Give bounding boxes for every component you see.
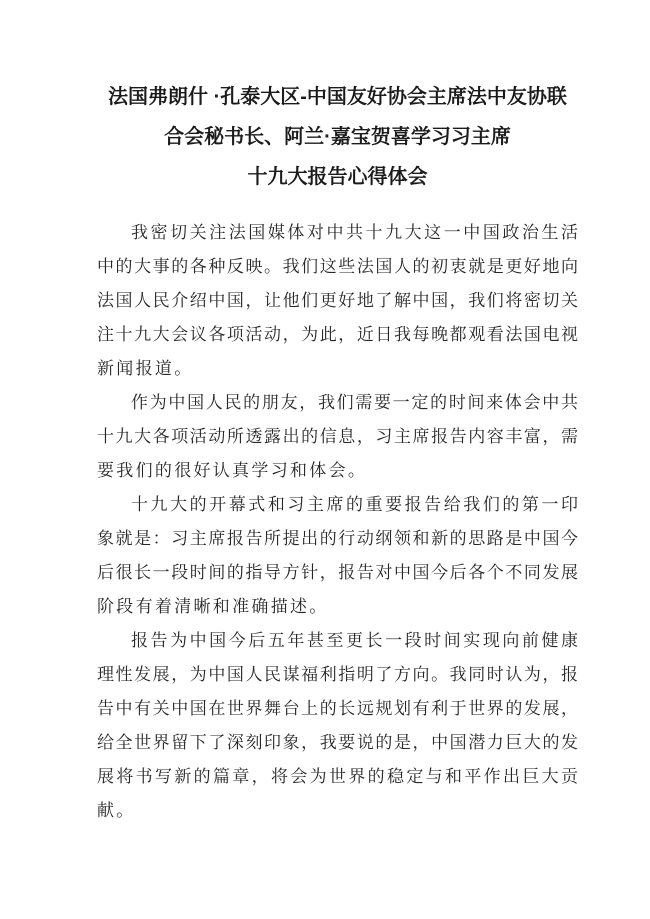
body-line: 给全世界留下了深刻印象，我要说的是，中国潜力巨大的发 (97, 726, 578, 760)
body-line: 中的大事的各种反映。我们这些法国人的初衷就是更好地向 (97, 250, 578, 284)
body-line: 新闻报道。 (97, 352, 578, 386)
document-page: 法国弗朗什 ·孔泰大区-中国友好协会主席法中友协联合会秘书长、阿兰·嘉宝贺喜学习… (0, 0, 650, 919)
paragraph: 我密切关注法国媒体对中共十九大这一中国政治生活中的大事的各种反映。我们这些法国人… (97, 216, 578, 386)
body-line: 象就是：习主席报告所提出的行动纲领和新的思路是中国今 (97, 522, 578, 556)
title-line: 合会秘书长、阿兰·嘉宝贺喜学习习主席 (97, 117, 578, 157)
body-line: 告中有关中国在世界舞台上的长远规划有利于世界的发展， (97, 692, 578, 726)
document-content: 法国弗朗什 ·孔泰大区-中国友好协会主席法中友协联合会秘书长、阿兰·嘉宝贺喜学习… (97, 77, 578, 828)
body-line: 献。 (97, 794, 578, 828)
body-line: 展将书写新的篇章，将会为世界的稳定与和平作出巨大贡 (97, 760, 578, 794)
document-title: 法国弗朗什 ·孔泰大区-中国友好协会主席法中友协联合会秘书长、阿兰·嘉宝贺喜学习… (97, 77, 578, 197)
body-line: 十九大各项活动所透露出的信息，习主席报告内容丰富，需 (97, 420, 578, 454)
body-line: 注十九大会议各项活动，为此，近日我每晚都观看法国电视 (97, 318, 578, 352)
body-line: 要我们的很好认真学习和体会。 (97, 454, 578, 488)
paragraph: 十九大的开幕式和习主席的重要报告给我们的第一印象就是：习主席报告所提出的行动纲领… (97, 488, 578, 624)
document-body: 我密切关注法国媒体对中共十九大这一中国政治生活中的大事的各种反映。我们这些法国人… (97, 216, 578, 828)
body-line: 法国人民介绍中国，让他们更好地了解中国，我们将密切关 (97, 284, 578, 318)
paragraph: 作为中国人民的朋友，我们需要一定的时间来体会中共十九大各项活动所透露出的信息，习… (97, 386, 578, 488)
body-line: 我密切关注法国媒体对中共十九大这一中国政治生活 (97, 216, 578, 250)
body-line: 十九大的开幕式和习主席的重要报告给我们的第一印 (97, 488, 578, 522)
body-line: 后很长一段时间的指导方针，报告对中国今后各个不同发展 (97, 556, 578, 590)
body-line: 报告为中国今后五年甚至更长一段时间实现向前健康 (97, 624, 578, 658)
title-line: 十九大报告心得体会 (97, 157, 578, 197)
body-line: 作为中国人民的朋友，我们需要一定的时间来体会中共 (97, 386, 578, 420)
title-line: 法国弗朗什 ·孔泰大区-中国友好协会主席法中友协联 (97, 77, 578, 117)
paragraph: 报告为中国今后五年甚至更长一段时间实现向前健康理性发展，为中国人民谋福利指明了方… (97, 624, 578, 828)
body-line: 阶段有着清晰和准确描述。 (97, 590, 578, 624)
body-line: 理性发展，为中国人民谋福利指明了方向。我同时认为，报 (97, 658, 578, 692)
